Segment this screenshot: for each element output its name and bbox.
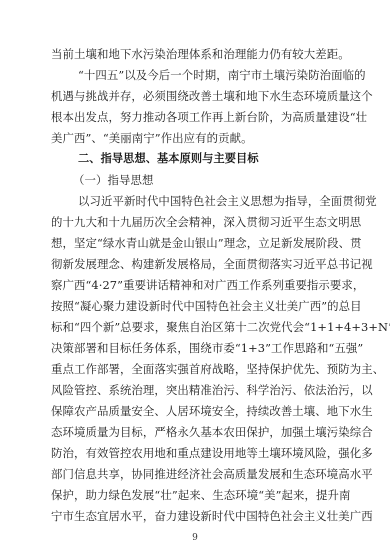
text-line: 保护，助力绿色发展“壮”起来、生态环境“美”起来，提升南 <box>51 488 343 502</box>
text-line: 当前土壤和地下水污染治理体系和治理能力仍有较大差距。 <box>51 47 343 61</box>
section-heading: 二、指导思想、基本原则与主要目标 <box>78 152 343 166</box>
text-line: 察广西“4·27”重要讲话精神和对广西工作系列重要指示要求， <box>51 278 343 292</box>
document-page: 当前土壤和地下水污染治理体系和治理能力仍有较大差距。“十四五”以及今后一个时期，… <box>0 0 390 551</box>
text-line: 风险管控、系统治理，突出精准治污、科学治污、依法治污，以 <box>51 383 343 397</box>
text-line: 按照“凝心聚力建设新时代中国特色社会主义壮美广西”的总目 <box>51 299 343 313</box>
text-line: 根本出发点，努力推动各项工作再上新台阶，为高质量建设“壮 <box>51 110 343 124</box>
text-line: 态环境质量为目标，严格永久基本农田保护，加强土壤污染综合 <box>51 425 343 439</box>
text-line: 保障农产品质量安全、人居环境安全，持续改善土壤、地下水生 <box>51 404 343 418</box>
text-line: 美广西”、“美丽南宁”作出应有的贡献。 <box>51 131 343 145</box>
text-line: 重点工作部署，全面落实强首府战略，坚持保护优先、预防为主、 <box>51 362 343 376</box>
text-line: 标和“四个新”总要求，聚焦自治区第十二次党代会“1+1+4+3+N” <box>51 320 343 334</box>
subsection-heading: （一）指导思想 <box>73 173 343 187</box>
text-line: 以习近平新时代中国特色社会主义思想为指导，全面贯彻党 <box>78 194 343 208</box>
text-line: 想，坚定“绿水青山就是金山银山”理念，立足新发展阶段、贯 <box>51 236 343 250</box>
text-line: “十四五”以及今后一个时期，南宁市土壤污染防治面临的 <box>78 68 343 82</box>
page-number: 9 <box>0 533 390 543</box>
text-line: 的十九大和十九届历次全会精神，深入贯彻习近平生态文明思 <box>51 215 343 229</box>
text-line: 防治，有效管控农用地和重点建设用地等土壤环境风险，强化多 <box>51 446 343 460</box>
text-line: 宁市生态宜居水平，奋力建设新时代中国特色社会主义壮美广西 <box>51 509 343 523</box>
text-line: 部门信息共享，协同推进经济社会高质量发展和生态环境高水平 <box>51 467 343 481</box>
text-line: 彻新发展理念、构建新发展格局，全面贯彻落实习近平总书记视 <box>51 257 343 271</box>
text-line: 决策部署和目标任务体系，围绕市委“1+3”工作思路和“五强” <box>51 341 343 355</box>
text-line: 机遇与挑战并存，必须围绕改善土壤和地下水生态环境质量这个 <box>51 89 343 103</box>
